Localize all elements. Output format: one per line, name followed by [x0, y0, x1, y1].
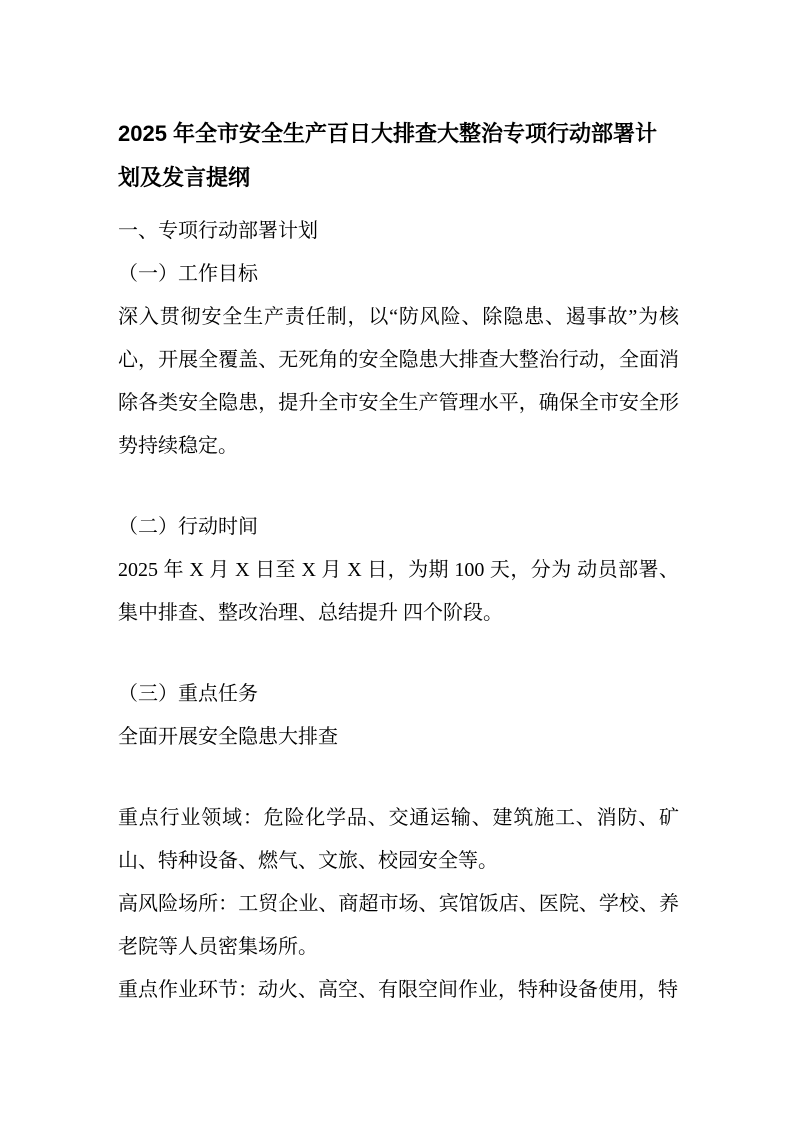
- section-2-body: 2025 年 X 月 X 日至 X 月 X 日，为期 100 天，分为 动员部署…: [118, 549, 679, 635]
- document-title: 2025 年全市安全生产百日大排查大整治专项行动部署计划及发言提纲: [118, 112, 679, 200]
- section-1-heading: （一）工作目标: [118, 253, 679, 296]
- section-3-heading: （三）重点任务: [118, 673, 679, 716]
- section-3-body: 全面开展安全隐患大排查: [118, 716, 679, 759]
- key-operations-paragraph-truncated: 重点作业环节：动火、高空、有限空间作业，特种设备使用，特: [118, 969, 679, 1012]
- blank-line: [118, 759, 679, 797]
- outline-heading: 一、专项行动部署计划: [118, 210, 679, 253]
- blank-line: [118, 635, 679, 673]
- section-2-heading: （二）行动时间: [118, 506, 679, 549]
- document-page: 2025 年全市安全生产百日大排查大整治专项行动部署计划及发言提纲 一、专项行动…: [0, 0, 793, 1122]
- section-1-body: 深入贯彻安全生产责任制，以“防风险、除隐患、遏事故”为核心，开展全覆盖、无死角的…: [118, 296, 679, 468]
- blank-line: [118, 468, 679, 506]
- key-industries-paragraph: 重点行业领域：危险化学品、交通运输、建筑施工、消防、矿山、特种设备、燃气、文旅、…: [118, 797, 679, 883]
- high-risk-places-paragraph: 高风险场所：工贸企业、商超市场、宾馆饭店、医院、学校、养老院等人员密集场所。: [118, 883, 679, 969]
